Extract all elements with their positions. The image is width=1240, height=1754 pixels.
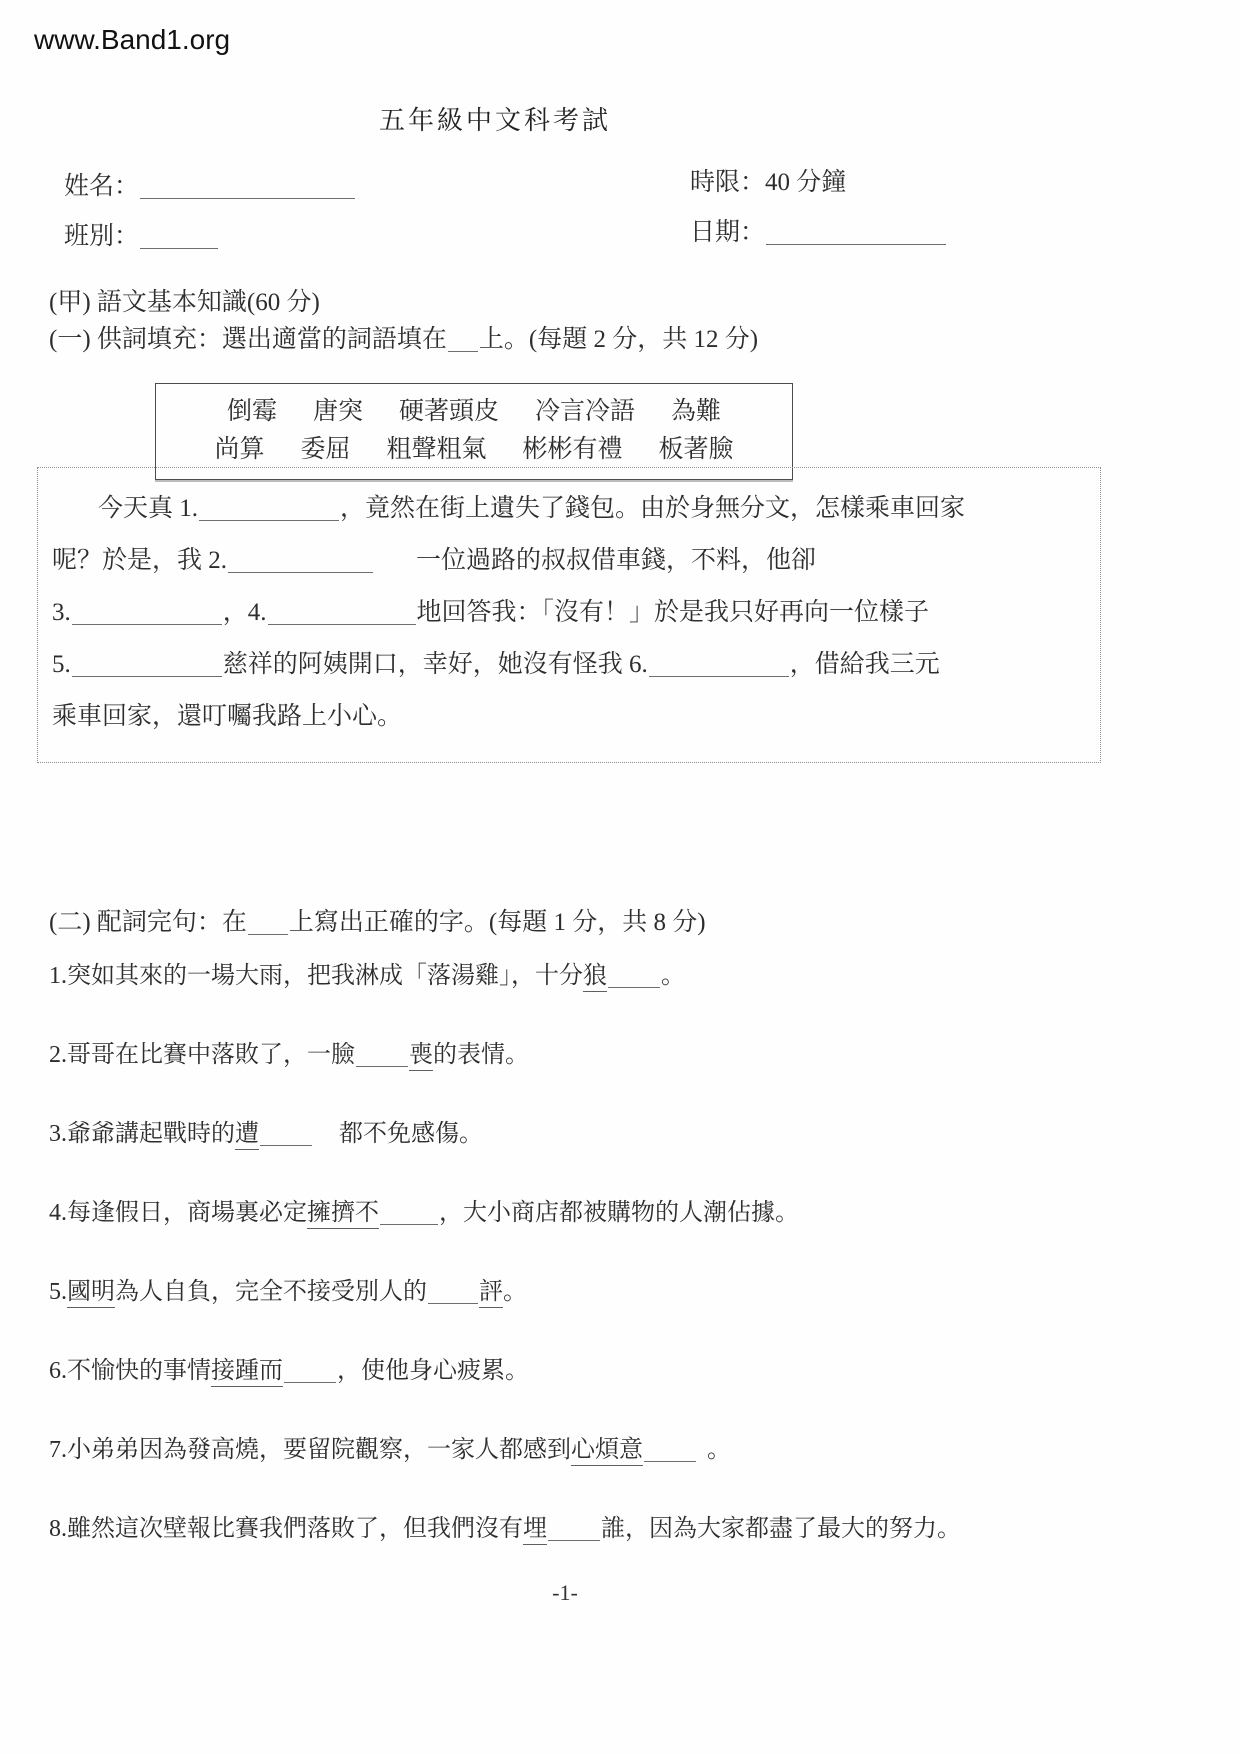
question-item: 5.國明為人自負，完全不接受別人的評。: [49, 1276, 1209, 1308]
blank-line: [608, 963, 660, 988]
student-info-block: 姓名： 班別：: [64, 170, 356, 270]
text-run: ，使他身心疲累。: [337, 1358, 529, 1384]
question-item: 2.哥哥在比賽中落敗了，一臉喪的表情。: [49, 1039, 1209, 1071]
text-run: 上寫出正確的字。(每題 1 分，共 8 分): [289, 909, 706, 936]
text-run: 班別：: [64, 223, 139, 250]
wordbank-word: 板著臉: [659, 431, 734, 469]
text-run: ，竟然在街上遺失了錢包。由於身無分文，怎樣乘車回家: [340, 495, 965, 522]
passage-line: 呢？於是，我 2.一位過路的叔叔借車錢，不料，他卻: [52, 544, 1086, 577]
underlined-text: 擁擠不: [307, 1200, 379, 1229]
text-run: 5.: [52, 651, 71, 678]
text-run: (二) 配詞完句：在: [49, 909, 247, 936]
passage-line: 乘車回家，還叮囑我路上小心。: [52, 700, 1086, 733]
passage-line: 5.慈祥的阿姨開口，幸好，她沒有怪我 6.，借給我三元: [52, 648, 1086, 681]
text-run: 8.雖然這次壁報比賽我們落敗了，但我們沒有: [49, 1516, 523, 1542]
wordbank-word: 硬著頭皮: [399, 393, 499, 431]
part2-question-list: 1.突如其來的一場大雨，把我淋成「落湯雞」，十分狼。2.哥哥在比賽中落敗了，一臉…: [49, 960, 1209, 1592]
wordbank-word: 倒霉: [227, 393, 277, 431]
text-run: 姓名：: [64, 173, 139, 200]
underlined-text: 接踵而: [211, 1358, 283, 1387]
exam-title: 五年級中文科考試: [0, 100, 990, 137]
text-run: 1.突如其來的一場大雨，把我淋成「落湯雞」，十分: [49, 963, 583, 989]
text-run: 5.: [49, 1279, 67, 1305]
text-run: ，借給我三元: [790, 651, 940, 678]
blank-line: [268, 599, 416, 626]
passage-line: 3.，4.地回答我：「沒有！」於是我只好再向一位樣子: [52, 596, 1086, 629]
text-run: 。: [503, 1279, 527, 1305]
blank-line: [649, 651, 789, 678]
blank-line: [72, 651, 222, 678]
wordbank-word: 尚算: [214, 431, 264, 469]
exam-meta-block: 時限：40 分鐘 日期：: [690, 166, 947, 266]
blank-line: [644, 1437, 696, 1462]
text-run: ，4.: [223, 599, 267, 626]
underlined-text: 國明: [67, 1279, 115, 1308]
blank-line: [380, 1200, 438, 1225]
text-run: 誰，因為大家都盡了最大的努力。: [601, 1516, 961, 1542]
passage-line: 今天真 1.，竟然在街上遺失了錢包。由於身無分文，怎樣乘車回家: [52, 492, 1086, 525]
blank-line: [260, 1121, 312, 1146]
wordbank-word: 委屈: [300, 431, 350, 469]
text-run: ，大小商店都被購物的人潮佔據。: [439, 1200, 799, 1226]
underlined-text: 心煩意: [571, 1437, 643, 1466]
text-run: 。: [661, 963, 685, 989]
section-a-heading: (甲) 語文基本知識(60 分): [49, 286, 320, 319]
blank-line: [199, 495, 339, 522]
text-run: 3.爺爺講起戰時的: [49, 1121, 235, 1147]
text-run: 都不免感傷。: [339, 1121, 483, 1147]
blank-line: [72, 599, 222, 626]
text-run: 乘車回家，還叮囑我路上小心。: [52, 703, 402, 730]
time-limit-text: 時限：40 分鐘: [690, 166, 947, 199]
blank-line: [140, 173, 355, 200]
blank-line: [548, 1516, 600, 1541]
text-run: 時限：40 分鐘: [690, 169, 846, 196]
text-run: 上。(每題 2 分，共 12 分): [479, 326, 758, 353]
word-bank-row: 尚算委屈粗聲粗氣彬彬有禮板著臉: [156, 431, 792, 469]
blank-line: [356, 1042, 408, 1067]
text-run: 慈祥的阿姨開口，幸好，她沒有怪我 6.: [223, 651, 648, 678]
wordbank-word: 唐突: [313, 393, 363, 431]
text-run: 6.不愉快的事情: [49, 1358, 211, 1384]
text-run: 今天真 1.: [98, 495, 198, 522]
spacer: [313, 1140, 339, 1141]
exam-paper-page: { "site_link": "www.Band1.org", "exam": …: [0, 0, 1240, 1754]
spacer: [374, 567, 416, 568]
wordbank-word: 彬彬有禮: [523, 431, 623, 469]
wordbank-word: 粗聲粗氣: [386, 431, 486, 469]
question-item: 3.爺爺講起戰時的遭都不免感傷。: [49, 1118, 1209, 1150]
underlined-text: 遭: [235, 1121, 259, 1150]
text-run: 一位過路的叔叔借車錢，不料，他卻: [416, 547, 816, 574]
class-field: 班別：: [64, 220, 356, 253]
text-run: 為人自負，完全不接受別人的: [115, 1279, 427, 1305]
text-run: (一) 供詞填充：選出適當的詞語填在: [49, 326, 447, 353]
text-run: 日期：: [690, 219, 765, 246]
wordbank-word: 冷言冷語: [535, 393, 635, 431]
blank-line: [284, 1358, 336, 1383]
name-field: 姓名：: [64, 170, 356, 203]
question-item: 6.不愉快的事情接踵而，使他身心疲累。: [49, 1355, 1209, 1387]
word-bank-row: 倒霉唐突硬著頭皮冷言冷語為難: [156, 393, 792, 431]
question-item: 1.突如其來的一場大雨，把我淋成「落湯雞」，十分狼。: [49, 960, 1209, 992]
blank-line: [228, 547, 373, 574]
blank-line: [140, 223, 218, 250]
text-run: 。: [707, 1437, 731, 1463]
blank-line: [428, 1279, 478, 1304]
question-item: 8.雖然這次壁報比賽我們落敗了，但我們沒有埋誰，因為大家都盡了最大的努力。: [49, 1513, 1209, 1545]
underlined-text: 埋: [523, 1516, 547, 1545]
part2-heading: (二) 配詞完句：在上寫出正確的字。(每題 1 分，共 8 分): [49, 906, 706, 939]
blank-line: [248, 909, 288, 936]
text-run: 3.: [52, 599, 71, 626]
underlined-text: 狼: [583, 963, 607, 992]
text-run: 2.哥哥在比賽中落敗了，一臉: [49, 1042, 355, 1068]
spacer: [697, 1456, 707, 1457]
underlined-text: 評: [479, 1279, 503, 1308]
text-run: 的表情。: [433, 1042, 529, 1068]
text-run: 7.小弟弟因為發高燒，要留院觀察，一家人都感到: [49, 1437, 571, 1463]
question-item: 4.每逢假日，商場裏必定擁擠不，大小商店都被購物的人潮佔據。: [49, 1197, 1209, 1229]
fill-in-passage-box: 今天真 1.，竟然在街上遺失了錢包。由於身無分文，怎樣乘車回家呢？於是，我 2.…: [37, 467, 1101, 763]
text-run: 呢？於是，我 2.: [52, 547, 227, 574]
question-item: 7.小弟弟因為發高燒，要留院觀察，一家人都感到心煩意。: [49, 1434, 1209, 1466]
wordbank-word: 為難: [671, 393, 721, 431]
underlined-text: 喪: [409, 1042, 433, 1071]
part1-heading: (一) 供詞填充：選出適當的詞語填在上。(每題 2 分，共 12 分): [49, 323, 758, 356]
site-url-text: www.Band1.org: [34, 24, 230, 56]
text-run: (甲) 語文基本知識(60 分): [49, 289, 320, 316]
word-bank-box: 倒霉唐突硬著頭皮冷言冷語為難 尚算委屈粗聲粗氣彬彬有禮板著臉: [155, 383, 793, 480]
date-field: 日期：: [690, 216, 947, 249]
text-run: 地回答我：「沒有！」於是我只好再向一位樣子: [417, 599, 930, 626]
blank-line: [448, 326, 478, 353]
text-run: 4.每逢假日，商場裏必定: [49, 1200, 307, 1226]
page-number: -1-: [0, 1580, 1130, 1606]
blank-line: [766, 219, 946, 246]
